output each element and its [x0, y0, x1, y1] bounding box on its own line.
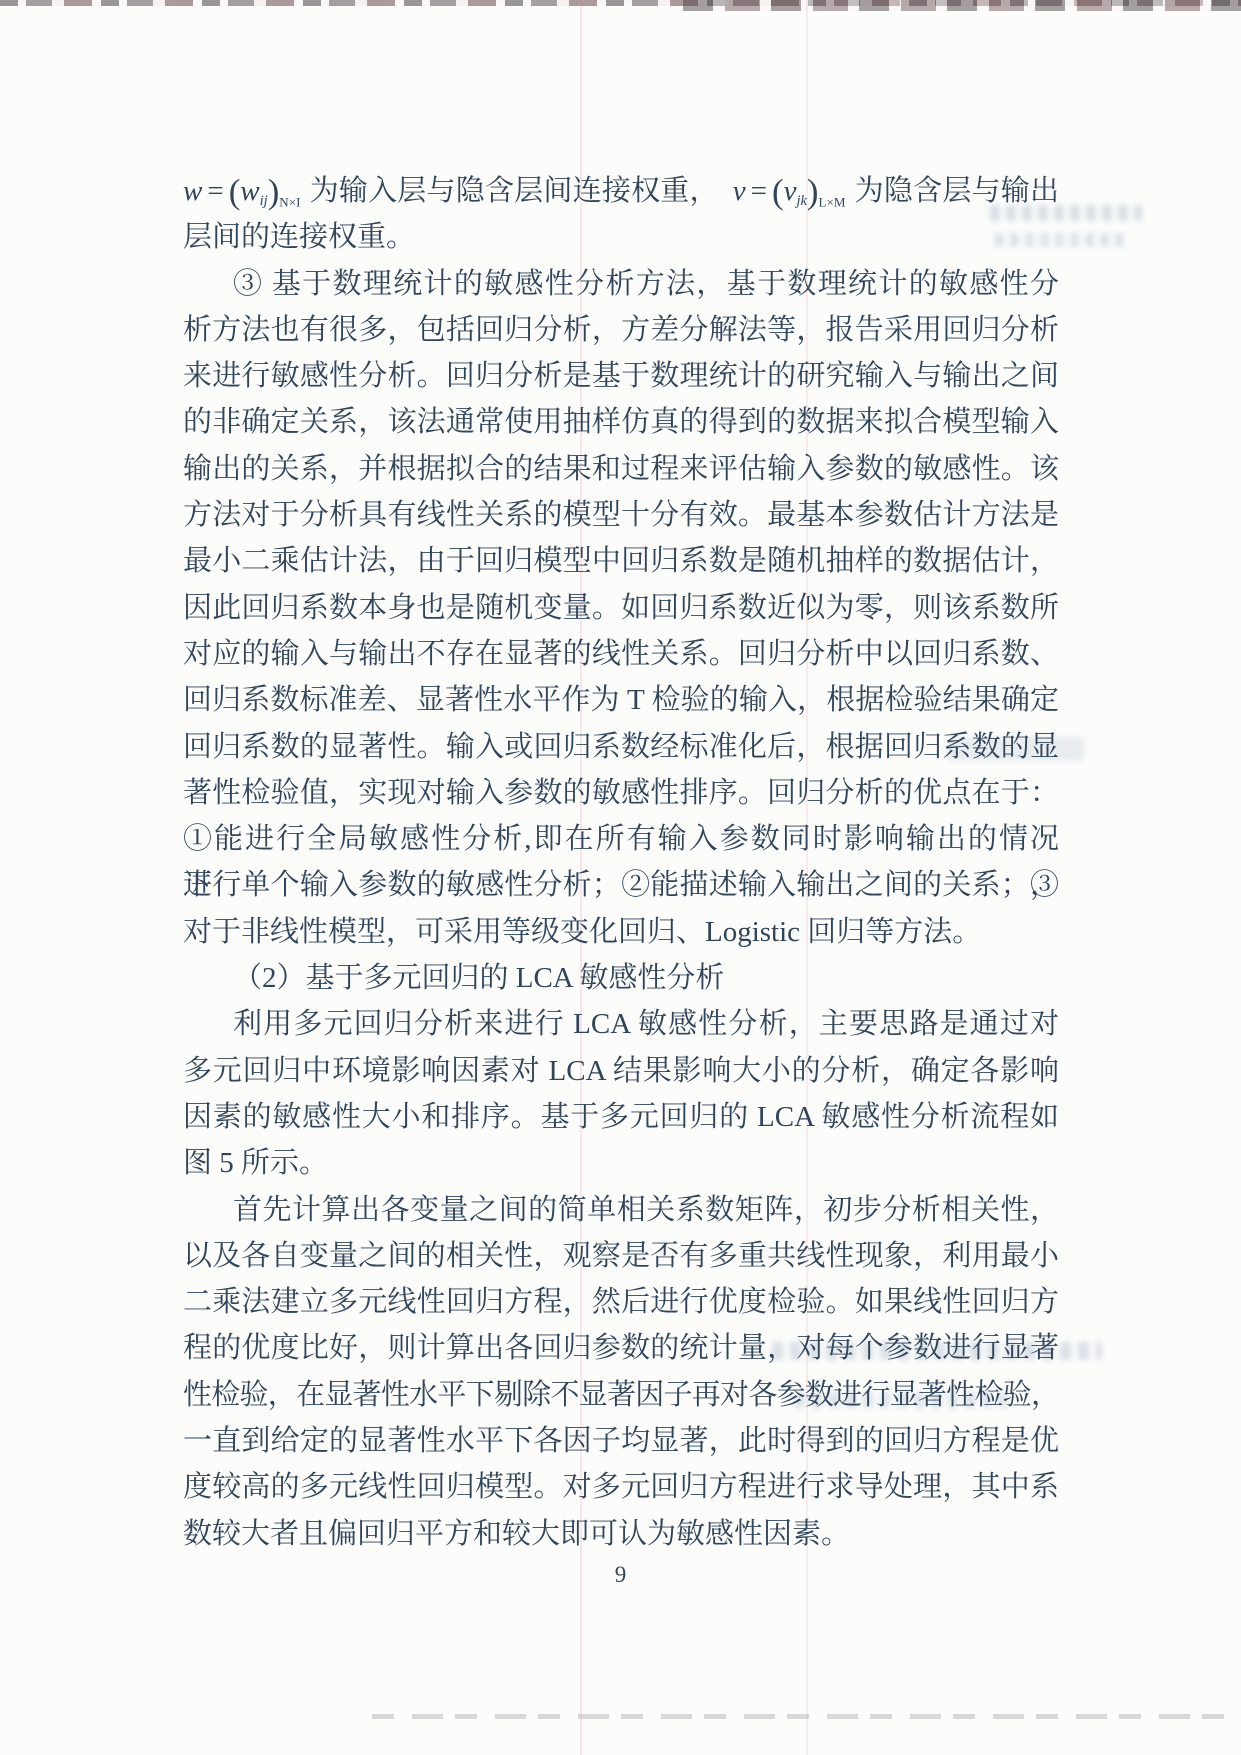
text-line: 度较高的多元线性回归模型。对多元回归方程进行求导处理，其中系 [183, 1464, 1059, 1510]
text-line: 因素的敏感性大小和排序。基于多元回归的 LCA 敏感性分析流程如 [183, 1094, 1059, 1140]
equals-sign: = [202, 175, 228, 207]
text-line: 性检验，在显著性水平下剔除不显著因子再对各参数进行显著性检验， [183, 1372, 1059, 1418]
left-paren: ( [772, 172, 784, 211]
formula-subscript: ij [260, 193, 268, 209]
formula-dimension: L×M [819, 195, 846, 210]
text-line: 最小二乘估计法，由于回归模型中回归系数是随机抽样的数据估计， [183, 538, 1059, 584]
scan-artifact-top-edge-right [683, 0, 1241, 11]
formula-w: w=(wij)N×I [183, 175, 300, 207]
text-line: 方法对于分析具有线性关系的模型十分有效。最基本参数估计方法是 [183, 492, 1059, 538]
left-paren: ( [229, 172, 241, 211]
text-line: 一直到给定的显著性水平下各因子均显著，此时得到的回归方程是优 [183, 1418, 1059, 1464]
section-heading: （2）基于多元回归的 LCA 敏感性分析 [183, 955, 1059, 1001]
formula-variable: v [733, 175, 746, 207]
text-line: 对于非线性模型，可采用等级变化回归、Logistic 回归等方法。 [183, 909, 1059, 955]
formula-dimension: N×I [279, 195, 300, 210]
text-line: 首先计算出各变量之间的简单相关系数矩阵，初步分析相关性， [183, 1187, 1059, 1233]
text-line: 的非确定关系，该法通常使用抽样仿真的得到的数据来拟合模型输入 [183, 399, 1059, 445]
text-line: 利用多元回归分析来进行 LCA 敏感性分析，主要思路是通过对 [183, 1001, 1059, 1047]
page-number: 9 [0, 1562, 1241, 1588]
text-line: 二乘法建立多元线性回归方程，然后进行优度检验。如果线性回归方 [183, 1279, 1059, 1325]
text-line: 输出的关系，并根据拟合的结果和过程来评估输入参数的敏感性。该 [183, 446, 1059, 492]
text-line: 回归系数标准差、显著性水平作为 T 检验的输入，根据检验结果确定 [183, 677, 1059, 723]
text-line: 来进行敏感性分析。回归分析是基于数理统计的研究输入与输出之间 [183, 353, 1059, 399]
text-segment: 为隐含层与输出 [854, 175, 1059, 207]
text-line: 对应的输入与输出不存在显著的线性关系。回归分析中以回归系数、 [183, 631, 1059, 677]
document-page: w=(wij)N×I为输入层与隐含层间连接权重，v=(vjk)L×M为隐含层与输… [0, 0, 1241, 1755]
equals-sign: = [746, 175, 772, 207]
text-line: 因此回归系数本身也是随机变量。如回归系数近似为零，则该系数所 [183, 585, 1059, 631]
formula-variable: w [240, 175, 259, 207]
formula-subscript: jk [796, 193, 806, 209]
text-line: ①能进行全局敏感性分析,即在所有输入参数同时影响输出的情况下， [183, 816, 1059, 862]
text-line: ③ 基于数理统计的敏感性分析方法，基于数理统计的敏感性分 [183, 261, 1059, 307]
text-line: 数较大者且偏回归平方和较大即可认为敏感性因素。 [183, 1511, 1059, 1557]
formula-v: v=(vjk)L×M [733, 175, 846, 207]
text-line: 著性检验值，实现对输入参数的敏感性排序。回归分析的优点在于： [183, 770, 1059, 816]
text-line: 图 5 所示。 [183, 1140, 1059, 1186]
formula-line: w=(wij)N×I为输入层与隐含层间连接权重，v=(vjk)L×M为隐含层与输… [183, 168, 1059, 214]
text-line: 回归系数的显著性。输入或回归系数经标准化后，根据回归系数的显 [183, 724, 1059, 770]
text-line: 进行单个输入参数的敏感性分析；②能描述输入输出之间的关系；③ [183, 862, 1059, 908]
body-text: w=(wij)N×I为输入层与隐含层间连接权重，v=(vjk)L×M为隐含层与输… [183, 168, 1059, 1557]
right-paren: ) [268, 172, 280, 211]
text-line: 以及各自变量之间的相关性，观察是否有多重共线性现象，利用最小 [183, 1233, 1059, 1279]
text-line: 程的优度比好，则计算出各回归参数的统计量，对每个参数进行显著 [183, 1325, 1059, 1371]
formula-variable: w [183, 175, 202, 207]
text-line: 多元回归中环境影响因素对 LCA 结果影响大小的分析，确定各影响 [183, 1048, 1059, 1094]
text-line: 层间的连接权重。 [183, 214, 1059, 260]
right-paren: ) [807, 172, 819, 211]
text-segment: 为输入层与隐含层间连接权重， [309, 175, 718, 207]
text-line: 析方法也有很多，包括回归分析，方差分解法等，报告采用回归分析 [183, 307, 1059, 353]
formula-variable: v [784, 175, 797, 207]
